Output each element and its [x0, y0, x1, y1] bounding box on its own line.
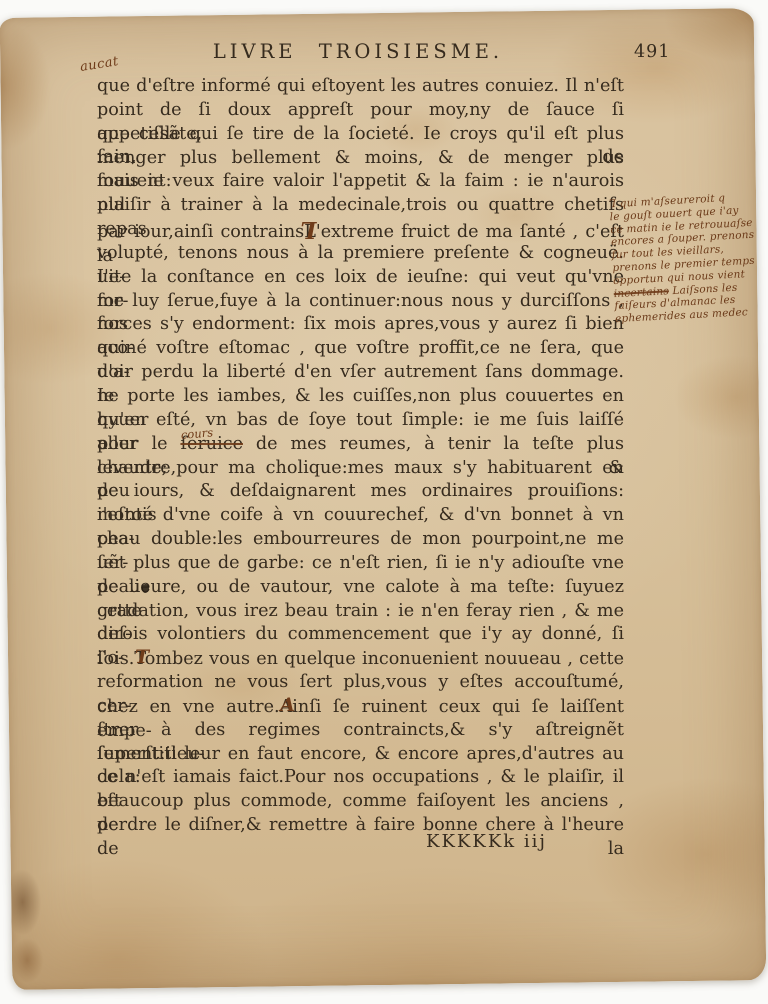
- text-segment: par iour,ainſi contrains: [97, 222, 304, 242]
- printed-line: ne porte les iambes, & les cuiſſes,non p…: [97, 385, 624, 409]
- printed-line: point de ſi doux appreſt pour moy,ny de …: [97, 99, 624, 123]
- text-segment: que d'eſtre informé qui eſtoyent les aut…: [97, 76, 624, 96]
- printed-line: ſois.TTombez vous en quelque inconuenien…: [97, 647, 624, 671]
- printed-line: gradation, vous irez beau train : ie n'e…: [97, 600, 624, 624]
- signature-mark: KKKKKk iij: [96, 831, 623, 852]
- printed-line: que d'eſtre informé qui eſtoyent les aut…: [97, 75, 624, 99]
- printed-line: plaiſir à trainer à la medecinale,trois …: [97, 194, 624, 218]
- printed-line: monté d'vne coife à vn couurechef, & d'v…: [97, 504, 624, 528]
- book-page-scan: LIVRE TROISIESME. 491 aucat que d'eſtre …: [0, 0, 768, 1004]
- printed-line: volupté, tenons nous à la premiere preſe…: [97, 242, 624, 266]
- ink-blotted-word: lieure: [129, 577, 181, 597]
- printed-line: dirois volontiers du commencement que i'…: [97, 623, 624, 647]
- text-segment: pour le: [97, 434, 180, 454]
- printed-line: menger plus bellement & moins, & de meng…: [97, 147, 624, 171]
- printed-line: reformation ne vous ſert plus,vous y eſt…: [97, 671, 624, 695]
- printed-line: uite la conſtance en ces loix de ieuſne:…: [97, 266, 624, 290]
- printed-line: me luy ſerue,fuye à la continuer:nous no…: [97, 290, 624, 314]
- running-title: LIVRE TROISIESME.: [96, 40, 620, 63]
- body-text: que d'eſtre informé qui eſtoyent les aut…: [97, 75, 624, 838]
- printed-line: ſement:il leur en faut encore, & encore …: [97, 743, 624, 767]
- printed-line: uẽt plus que de garbe: ce n'eſt rien, ſi…: [97, 552, 624, 576]
- printed-line: forces s'y endorment: ſix mois apres,vou…: [97, 313, 624, 337]
- printed-line: chez en vne autre.AAinſi ſe ruinent ceux…: [97, 695, 624, 719]
- printed-line: qu'en eſté, vn bas de ſoye tout ſimple: …: [97, 409, 624, 433]
- printed-line: de lieure, ou de vautour, vne calote à m…: [97, 576, 624, 600]
- text-segment: ſois.: [97, 649, 134, 669]
- printed-line: ce n'eſt iamais faict.Pour nos occupatio…: [97, 766, 624, 790]
- printed-line: quiné voſtre eſtomac , que voſtre proffi…: [97, 337, 624, 361]
- printed-line: beaucoup plus commode, comme faiſoyent l…: [97, 790, 624, 814]
- printed-line: peau double:les embourreures de mon pour…: [97, 528, 624, 552]
- printed-line: de iours, & deſdaignarent mes ordinaires…: [97, 480, 624, 504]
- text-segment: chez en vne autre.: [97, 697, 280, 717]
- text-segment: de: [97, 577, 129, 597]
- printed-line: uoir perdu la liberté d'en vſer autremen…: [97, 361, 624, 385]
- handwritten-margin-note: Ꞁ qui m'aſseureroit qle gouſt ouuert que…: [609, 190, 768, 326]
- text-segment: Tombez vous en quelque inconuenient nouu…: [134, 649, 624, 669]
- printed-line: que celle qui ſe tire de la ſocieté. Ie …: [97, 123, 624, 147]
- page-number: 491: [634, 42, 670, 62]
- printed-line: par iour,ainſi contrainsꞀL'extreme fruic…: [97, 218, 624, 242]
- printed-line: mais ie veux faire valoir l'appetit & la…: [97, 170, 624, 194]
- printed-line: ſtrer à des regimes contraincts,& s'y aſ…: [97, 719, 624, 743]
- running-header: LIVRE TROISIESME. 491: [96, 40, 660, 66]
- printed-line: leventre,pour ma cholique:mes maux s'y h…: [97, 457, 624, 481]
- printed-line: pour le ſeruicecours de mes reumes, à te…: [97, 433, 624, 457]
